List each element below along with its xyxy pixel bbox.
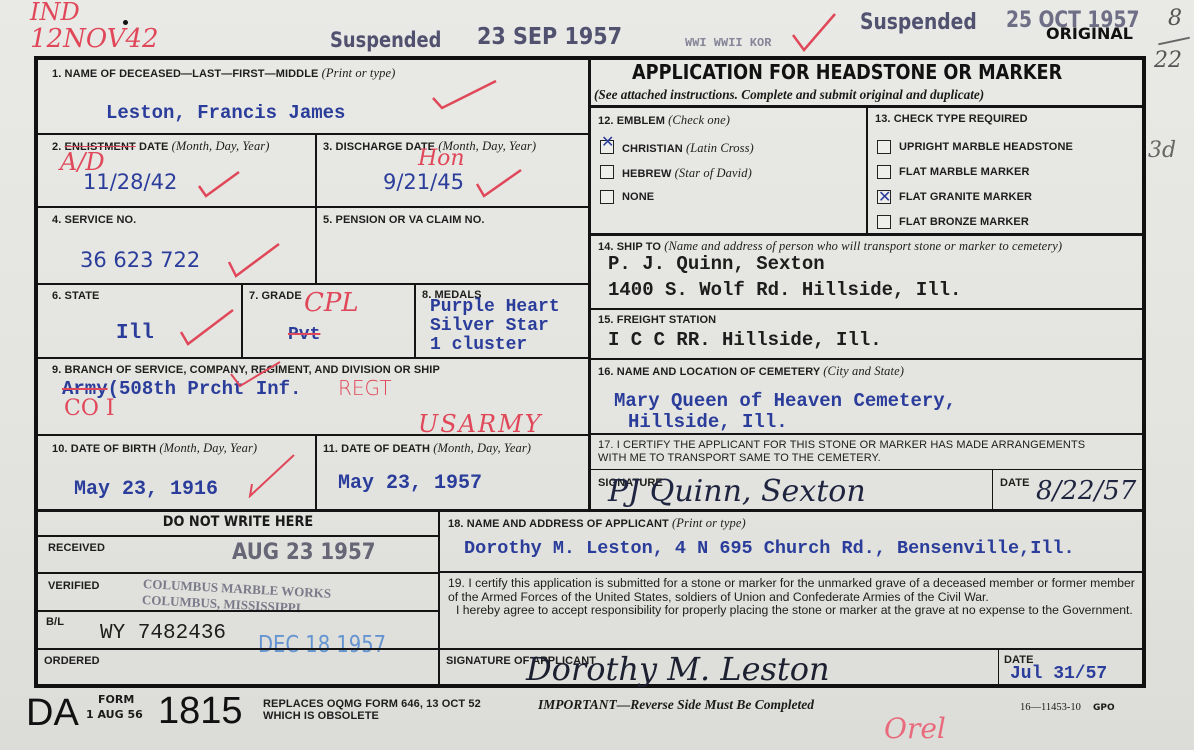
applicant-signature[interactable]: Dorothy M. Leston bbox=[526, 650, 830, 688]
emblem-label: 12. EMBLEM (Check one) bbox=[598, 113, 730, 128]
margin-note-bottom: Orel bbox=[884, 712, 946, 745]
checkbox[interactable] bbox=[877, 140, 891, 154]
ink-dot bbox=[123, 20, 128, 25]
state-value[interactable]: Ill bbox=[116, 322, 154, 345]
red-check-service bbox=[226, 240, 282, 280]
red-check-discharge bbox=[474, 166, 524, 200]
pension-value[interactable] bbox=[323, 235, 583, 275]
checkbox[interactable] bbox=[600, 165, 614, 179]
margin-fraction-line bbox=[1158, 37, 1190, 45]
birth-value[interactable]: May 23, 1916 bbox=[74, 478, 218, 501]
suspended-stamp-2-label: Suspended bbox=[860, 10, 977, 35]
bl-date-stamp: DEC 18 1957 bbox=[258, 632, 386, 658]
form-number: 1815 bbox=[158, 690, 243, 733]
margin-note-right-3: 3d bbox=[1148, 138, 1176, 163]
headstone-application-form: IND 12NOV42 Suspended 23 SEP 1957 WWI WW… bbox=[0, 0, 1194, 750]
red-check-birth bbox=[246, 452, 298, 498]
replaces-note: REPLACES OQMG FORM 646, 13 OCT 52 WHICH … bbox=[263, 698, 481, 722]
transport-date-label: DATE bbox=[1000, 477, 1030, 489]
applicant-label: 18. NAME AND ADDRESS OF APPLICANT (Print… bbox=[448, 516, 746, 531]
option-label: UPRIGHT MARBLE HEADSTONE bbox=[899, 141, 1073, 153]
form-subtitle: (See attached instructions. Complete and… bbox=[594, 87, 984, 103]
red-check-branch bbox=[228, 358, 284, 390]
certify-applicant-text: 19. I certify this application is submit… bbox=[448, 577, 1136, 618]
name-label: 1. NAME OF DECEASED—LAST—FIRST—MIDDLE (P… bbox=[52, 66, 395, 81]
ordered-label: ORDERED bbox=[44, 655, 100, 667]
important-note: IMPORTANT—Reverse Side Must Be Completed bbox=[538, 697, 814, 713]
branch-annotation-regt: REGT bbox=[338, 376, 392, 400]
option-label: CHRISTIAN (Latin Cross) bbox=[622, 141, 754, 156]
received-stamp: AUG 23 1957 bbox=[232, 540, 375, 565]
office-use-title: DO NOT WRITE HERE bbox=[54, 514, 422, 530]
certify-transport-label: 17. I CERTIFY THE APPLICANT FOR THIS STO… bbox=[598, 439, 1085, 465]
transport-date[interactable]: 8/22/57 bbox=[1036, 476, 1136, 506]
option-label: FLAT BRONZE MARKER bbox=[899, 216, 1029, 228]
option-label: NONE bbox=[622, 191, 654, 203]
red-check-name bbox=[430, 78, 500, 112]
ship-to-label: 14. SHIP TO (Name and address of person … bbox=[598, 239, 1062, 254]
cemetery-line1[interactable]: Mary Queen of Heaven Cemetery, bbox=[614, 390, 956, 412]
option-label: HEBREW (Star of David) bbox=[622, 166, 752, 181]
checkbox[interactable] bbox=[877, 215, 891, 229]
gpo-mark: GPO bbox=[1093, 703, 1115, 713]
medal-item: Purple Heart bbox=[430, 298, 560, 317]
cemetery-label: 16. NAME AND LOCATION OF CEMETERY (City … bbox=[598, 364, 904, 379]
freight-value[interactable]: I C C RR. Hillside, Ill. bbox=[608, 329, 882, 351]
margin-note-right-1: 8 bbox=[1168, 6, 1182, 31]
ship-to-line2[interactable]: 1400 S. Wolf Rd. Hillside, Ill. bbox=[608, 279, 961, 301]
verified-label: VERIFIED bbox=[48, 580, 100, 592]
type-required-label: 13. CHECK TYPE REQUIRED bbox=[875, 113, 1028, 125]
transport-signature[interactable]: PJ Quinn, Sexton bbox=[608, 474, 866, 509]
name-value[interactable]: Leston, Francis James bbox=[106, 102, 345, 124]
red-check-state bbox=[178, 306, 236, 348]
form-prefix: DA bbox=[26, 692, 79, 735]
medal-item: Silver Star bbox=[430, 317, 560, 336]
option-label: FLAT MARBLE MARKER bbox=[899, 166, 1030, 178]
cemetery-line2[interactable]: Hillside, Ill. bbox=[628, 411, 788, 433]
checked-x-icon: ✕ bbox=[878, 190, 891, 204]
medals-list[interactable]: Purple Heart Silver Star 1 cluster bbox=[430, 298, 560, 355]
death-value[interactable]: May 23, 1957 bbox=[338, 472, 482, 495]
checkbox[interactable] bbox=[600, 190, 614, 204]
service-no-label: 4. SERVICE NO. bbox=[52, 214, 136, 226]
red-check-enlistment bbox=[196, 168, 242, 200]
margin-note-right-2: 22 bbox=[1154, 48, 1182, 73]
margin-note-date: 12NOV42 bbox=[30, 24, 159, 54]
enlistment-value[interactable]: 11/28/42 bbox=[83, 170, 177, 194]
grade-value-struck[interactable]: Pvt bbox=[288, 325, 320, 345]
war-options-stamp: WWI WWII KOR bbox=[685, 36, 771, 50]
margin-note-ind: IND bbox=[30, 0, 80, 26]
received-label: RECEIVED bbox=[48, 542, 105, 554]
branch-annotation-co: CO I bbox=[64, 396, 115, 421]
bl-value[interactable]: WY 7482436 bbox=[100, 622, 226, 645]
ship-to-line1[interactable]: P. J. Quinn, Sexton bbox=[608, 253, 825, 275]
medal-item: 1 cluster bbox=[430, 336, 560, 355]
checked-x-icon: ✕ bbox=[601, 135, 614, 149]
checkbox[interactable] bbox=[877, 165, 891, 179]
grade-annotation: CPL bbox=[304, 288, 359, 318]
option-label: FLAT GRANITE MARKER bbox=[899, 191, 1032, 203]
applicant-date[interactable]: Jul 31/57 bbox=[1010, 664, 1107, 684]
form-title: APPLICATION FOR HEADSTONE OR MARKER bbox=[632, 60, 1062, 84]
freight-label: 15. FREIGHT STATION bbox=[598, 314, 716, 326]
suspended-stamp-1-date: 23 SEP 1957 bbox=[477, 24, 622, 50]
birth-label: 10. DATE OF BIRTH (Month, Day, Year) bbox=[52, 441, 257, 456]
red-check-war bbox=[790, 10, 840, 55]
pension-label: 5. PENSION OR VA CLAIM NO. bbox=[323, 214, 485, 226]
state-label: 6. STATE bbox=[52, 290, 99, 302]
discharge-value[interactable]: 9/21/45 bbox=[383, 170, 464, 194]
grade-label: 7. GRADE bbox=[249, 290, 302, 302]
discharge-annotation: Hon bbox=[418, 146, 465, 171]
copy-type-label: ORIGINAL bbox=[1046, 24, 1133, 43]
service-no-value[interactable]: 36 623 722 bbox=[80, 248, 200, 272]
print-code: 16—11453-10 bbox=[1020, 702, 1081, 713]
applicant-value[interactable]: Dorothy M. Leston, 4 N 695 Church Rd., B… bbox=[464, 538, 1075, 559]
suspended-stamp-1-label: Suspended bbox=[330, 28, 441, 52]
bl-label: B/L bbox=[46, 616, 64, 628]
death-label: 11. DATE OF DEATH (Month, Day, Year) bbox=[323, 441, 531, 456]
form-date: 1 AUG 56 bbox=[86, 708, 143, 721]
form-word: FORM bbox=[98, 693, 134, 706]
